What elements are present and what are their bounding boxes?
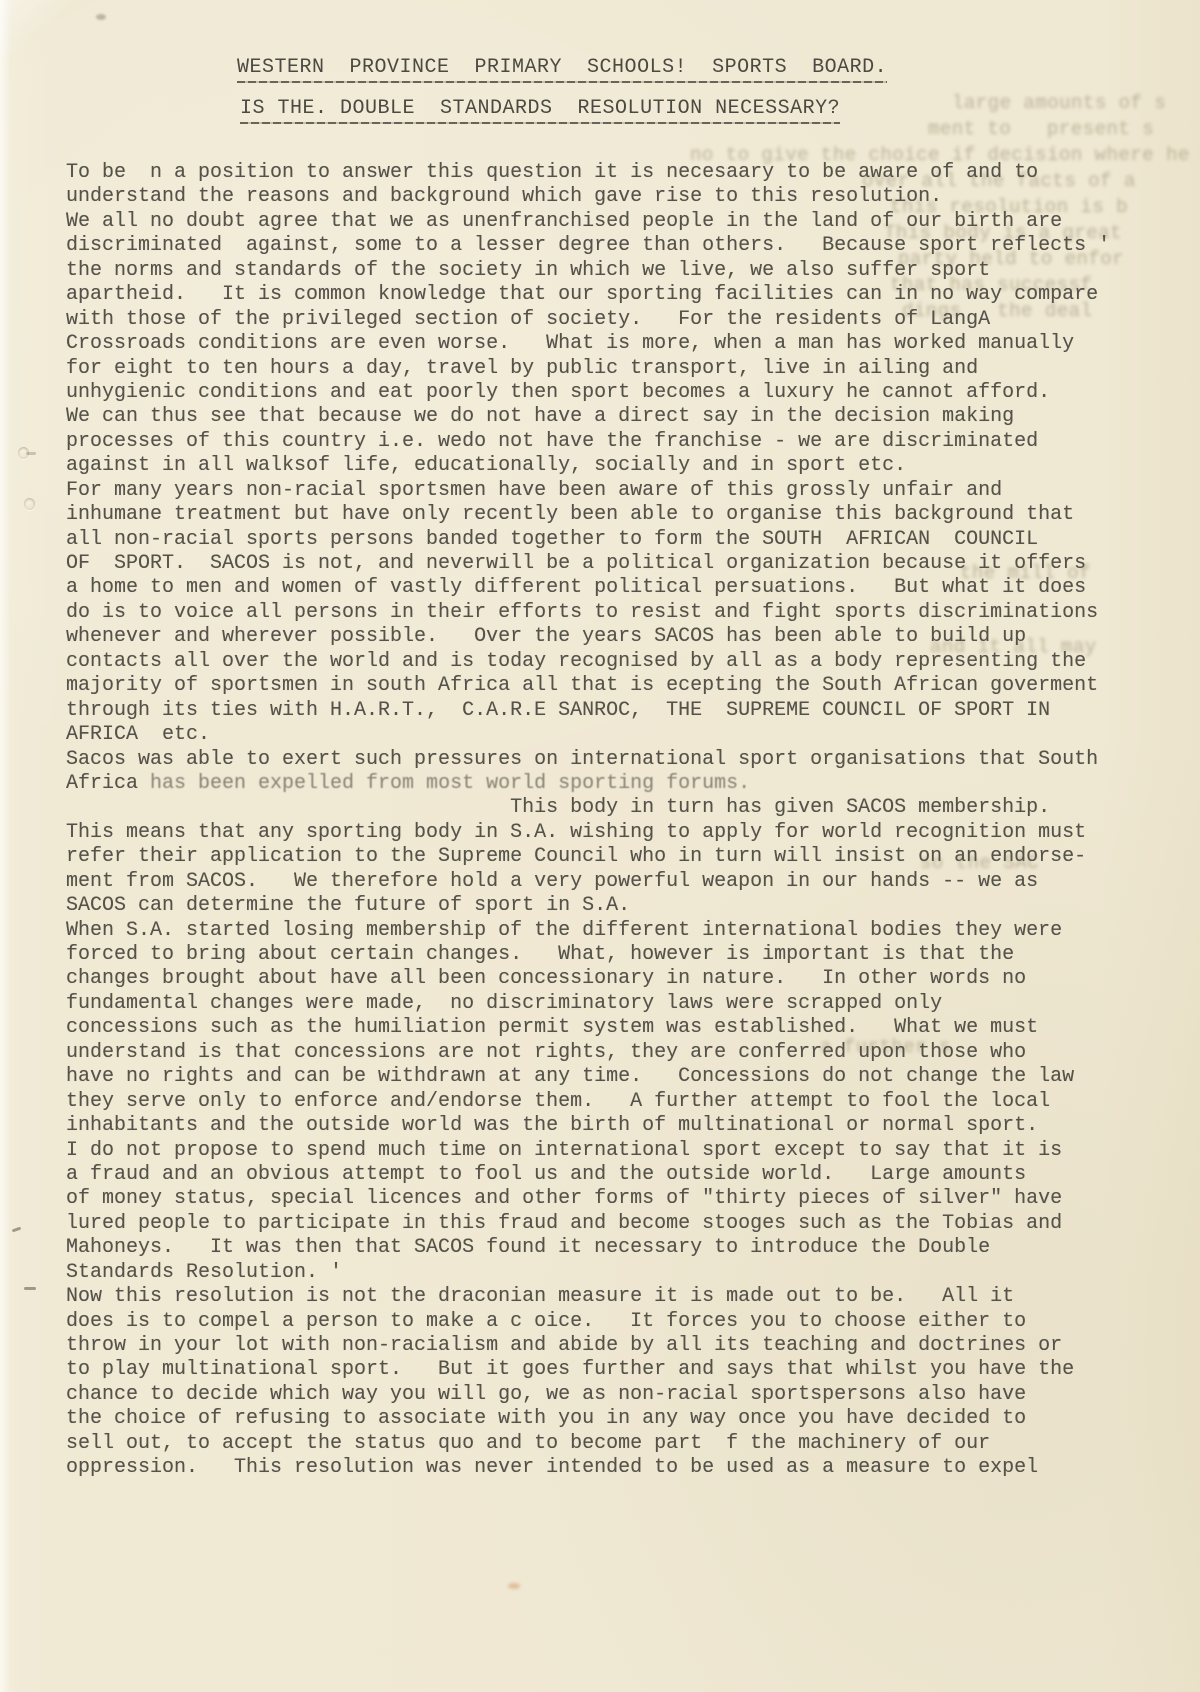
typed-line: Now this resolution is not the draconian…: [66, 1285, 1166, 1309]
typed-line: oppression. This resolution was never in…: [66, 1456, 1166, 1480]
typed-line: the norms and standards of the society i…: [66, 259, 1166, 283]
typed-line: for eight to ten hours a day, travel by …: [66, 357, 1166, 381]
typed-line: understand is that concessions are not r…: [66, 1041, 1166, 1065]
typed-line: refer their application to the Supreme C…: [66, 845, 1166, 869]
margin-pen-mark: [26, 452, 36, 455]
margin-pen-mark: [24, 1287, 36, 1290]
typed-line: the choice of refusing to associate with…: [66, 1407, 1166, 1431]
typed-line: ment from SACOS. We therefore hold a ver…: [66, 870, 1166, 894]
typed-line: of money status, special licences and ot…: [66, 1187, 1166, 1211]
typed-line: have no rights and can be withdrawn at a…: [66, 1065, 1166, 1089]
paper-smudge: [96, 14, 106, 20]
typed-line: a fraud and an obvious attempt to fool u…: [66, 1163, 1166, 1187]
typed-line: AFRICA etc.: [66, 723, 1166, 747]
typed-line: chance to decide which way you will go, …: [66, 1383, 1166, 1407]
ghost-text-fragment: ment to present s: [928, 118, 1154, 140]
corner-fold: [0, 0, 70, 55]
typed-line: do is to voice all persons in their effo…: [66, 601, 1166, 625]
typed-line: SACOS can determine the future of sport …: [66, 894, 1166, 918]
typed-line: We all no doubt agree that we as unenfra…: [66, 210, 1166, 234]
typed-line-text: Africa: [66, 772, 150, 795]
typed-line: For many years non-racial sportsmen have…: [66, 479, 1166, 503]
typed-line: with those of the privileged section of …: [66, 308, 1166, 332]
typed-line: whenever and wherever possible. Over the…: [66, 625, 1166, 649]
typed-line: We can thus see that because we do not h…: [66, 405, 1166, 429]
typed-line: Crossroads conditions are even worse. Wh…: [66, 332, 1166, 356]
typed-line: I do not propose to spend much time on i…: [66, 1139, 1166, 1163]
typed-line: discriminated against, some to a lesser …: [66, 234, 1166, 258]
typed-line: a home to men and women of vastly differ…: [66, 576, 1166, 600]
typed-line: Standards Resolution. ': [66, 1261, 1166, 1285]
typed-line-faded-text: has been expelled from most world sporti…: [150, 772, 750, 795]
typed-line: forced to bring about certain changes. W…: [66, 943, 1166, 967]
typed-line: When S.A. started losing membership of t…: [66, 919, 1166, 943]
document-subtitle: IS THE. DOUBLE STANDARDS RESOLUTION NECE…: [240, 97, 840, 124]
typed-line: throw in your lot with non-racialism and…: [66, 1334, 1166, 1358]
document-body: To be n a position to answer this questi…: [66, 161, 1166, 1481]
typed-line: Africa has been expelled from most world…: [66, 772, 1166, 796]
typed-line: lured people to participate in this frau…: [66, 1212, 1166, 1236]
typed-line: This means that any sporting body in S.A…: [66, 821, 1166, 845]
typed-line: they serve only to enforce and/endorse t…: [66, 1090, 1166, 1114]
typed-line: understand the reasons and background wh…: [66, 185, 1166, 209]
typed-line: Sacos was able to exert such pressures o…: [66, 748, 1166, 772]
typed-line: apartheid. It is common knowledge that o…: [66, 283, 1166, 307]
typed-line: OF SPORT. SACOS is not, and neverwill be…: [66, 552, 1166, 576]
typed-line: to play multinational sport. But it goes…: [66, 1358, 1166, 1382]
typed-line: through its ties with H.A.R.T., C.A.R.E …: [66, 699, 1166, 723]
document-title: WESTERN PROVINCE PRIMARY SCHOOLS! SPORTS…: [237, 56, 887, 83]
typed-line: processes of this country i.e. wedo not …: [66, 430, 1166, 454]
typed-line: inhumane treatment but have only recentl…: [66, 503, 1166, 527]
paper-blemish-hole: [24, 498, 35, 510]
scan-edge-highlight: [0, 0, 10, 1692]
typed-line: sell out, to accept the status quo and t…: [66, 1432, 1166, 1456]
typed-line: To be n a position to answer this questi…: [66, 161, 1166, 185]
document-subtitle-text: IS THE. DOUBLE STANDARDS RESOLUTION NECE…: [240, 97, 840, 124]
scanned-document-page: large amounts of sment to present sno to…: [0, 0, 1200, 1692]
typed-line: Mahoneys. It was then that SACOS found i…: [66, 1236, 1166, 1260]
margin-pen-mark: [12, 1227, 21, 1233]
typed-line: contacts all over the world and is today…: [66, 650, 1166, 674]
typed-line: changes brought about have all been conc…: [66, 967, 1166, 991]
typed-line: majority of sportsmen in south Africa al…: [66, 674, 1166, 698]
document-title-text: WESTERN PROVINCE PRIMARY SCHOOLS! SPORTS…: [237, 56, 887, 83]
typed-line: inhabitants and the outside world was th…: [66, 1114, 1166, 1138]
typed-line: does is to compel a person to make a c o…: [66, 1310, 1166, 1334]
ghost-text-fragment: large amounts of s: [952, 92, 1166, 114]
typed-line: concessions such as the humiliation perm…: [66, 1016, 1166, 1040]
typed-line: against in all walksof life, educational…: [66, 454, 1166, 478]
paper-smudge: [508, 1583, 520, 1589]
typed-line: fundamental changes were made, no discri…: [66, 992, 1166, 1016]
typed-line: This body in turn has given SACOS member…: [66, 796, 1166, 820]
typed-line: unhygienic conditions and eat poorly the…: [66, 381, 1166, 405]
typed-line: all non-racial sports persons banded tog…: [66, 528, 1166, 552]
